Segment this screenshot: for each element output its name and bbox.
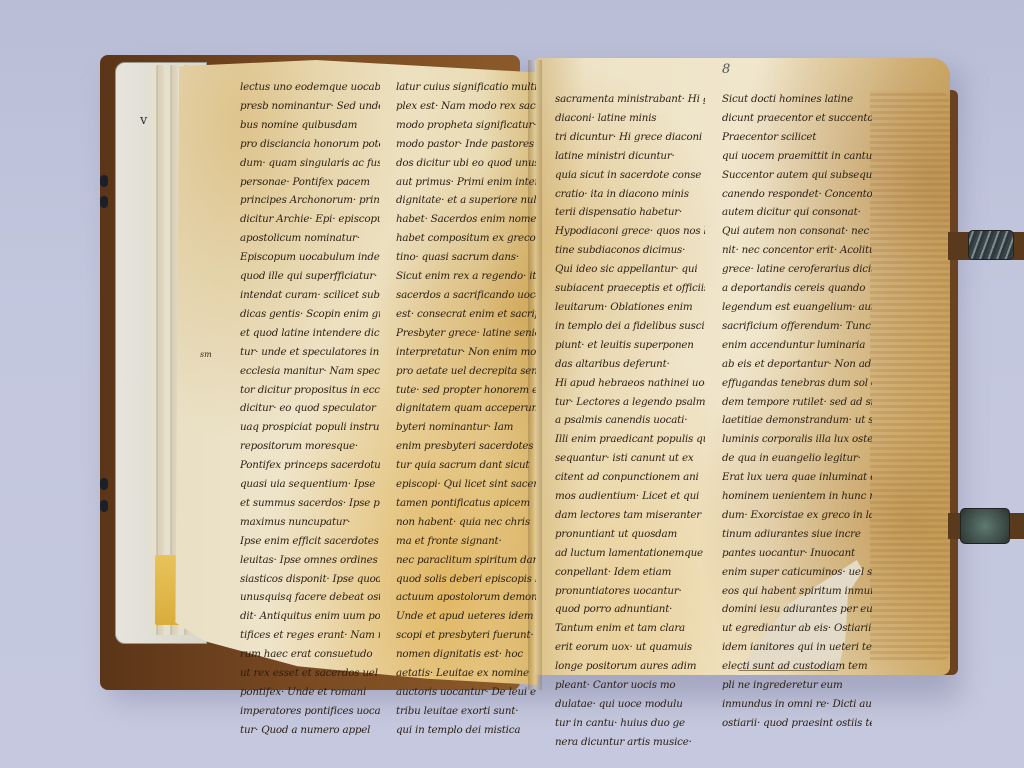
binding-nail xyxy=(100,500,108,512)
manuscript-line: citent ad conpunctionem ani xyxy=(555,468,705,487)
clasp-metal-icon xyxy=(968,230,1014,260)
manuscript-line: canendo respondet· Concentor xyxy=(722,185,872,204)
manuscript-line: erit eorum uox· ut quamuis xyxy=(555,638,705,657)
manuscript-line: idem ianitores qui in ueteri testamento xyxy=(722,638,872,657)
manuscript-line: electi sunt ad custodiam tem xyxy=(722,657,872,676)
manuscript-line: autem dicitur qui consonat· xyxy=(722,203,872,222)
manuscript-line: mos audientium· Licet et qui xyxy=(555,487,705,506)
manuscript-line: tri dicuntur· Hi grece diaconi xyxy=(555,128,705,147)
manuscript-line: Qui ideo sic appellantur· qui xyxy=(555,260,705,279)
manuscript-line: dicitur Archie· Epi· episcopus me xyxy=(240,210,380,229)
manuscript-line: Pontifex princeps sacerdotum xyxy=(240,456,380,475)
manuscript-line: ad luctum lamentationemque xyxy=(555,544,705,563)
manuscript-line: pantes uocantur· Inuocant xyxy=(722,544,872,563)
manuscript-line: domini iesu adiurantes per eum xyxy=(722,600,872,619)
manuscript-line: tur· unde et speculatores in xyxy=(240,343,380,362)
left-page-column-1: lectus uno eodemque uocabulopresb nomina… xyxy=(240,78,380,740)
manuscript-line: tur· Lectores a legendo psalmiste xyxy=(555,393,705,412)
manuscript-line: pronuntiant ut quosdam xyxy=(555,525,705,544)
manuscript-line: tine subdiaconos dicimus· xyxy=(555,241,705,260)
manuscript-line: sacramenta ministrabant· Hi grece xyxy=(555,90,705,109)
manuscript-line: dulatae· qui uoce modulu xyxy=(555,695,705,714)
manuscript-line: laetitiae demonstrandum· ut sub typo xyxy=(722,411,872,430)
manuscript-line: inmundus in omni re· Dicti autem xyxy=(722,695,872,714)
manuscript-line: dignitate· et a superiore nullum xyxy=(396,191,536,210)
manuscript-line: tamen pontificatus apicem xyxy=(396,494,536,513)
manuscript-line: tur quia sacrum dant sicut xyxy=(396,456,536,475)
manuscript-line: ab eis et deportantur· Non ad xyxy=(722,355,872,374)
manuscript-line: quod solis deberi episcopis lectio xyxy=(396,570,536,589)
manuscript-line: quasi uia sequentium· Ipse xyxy=(240,475,380,494)
manuscript-line: terii dispensatio habetur· xyxy=(555,203,705,222)
manuscript-line: apostolicum nominatur· xyxy=(240,229,380,248)
manuscript-line: habet compositum ex greco et la xyxy=(396,229,536,248)
manuscript-line: modo propheta significatur· xyxy=(396,116,536,135)
manuscript-line: ut egrediantur ab eis· Ostiarii xyxy=(722,619,872,638)
manuscript-line: Episcopum uocabulum inde ducitur xyxy=(240,248,380,267)
manuscript-line: Erat lux uera quae inluminat omnem xyxy=(722,468,872,487)
manuscript-line: Ipse enim efficit sacerdotes atq xyxy=(240,532,380,551)
manuscript-line: auctoris uocantur· De leui enim xyxy=(396,683,536,702)
manuscript-line: uaq prospiciat populi instru xyxy=(240,418,380,437)
clasp-metal-icon xyxy=(960,508,1010,544)
manuscript-line: et summus sacerdos· Ipse pontifex xyxy=(240,494,380,513)
manuscript-line: enim accenduntur luminaria xyxy=(722,336,872,355)
water-stain xyxy=(870,90,950,660)
manuscript-line: conpellant· Idem etiam xyxy=(555,563,705,582)
manuscript-line: dicunt praecentor et succentor· xyxy=(722,109,872,128)
manuscript-line: dit· Antiquitus enim uum pon xyxy=(240,607,380,626)
manuscript-line: sequantur· isti canunt ut ex xyxy=(555,449,705,468)
manuscript-line: interpretatur· Non enim modo xyxy=(396,343,536,362)
manuscript-line: principes Archonorum· princeps xyxy=(240,191,380,210)
marginal-note: sm xyxy=(200,350,212,359)
right-page-column-2: Sicut docti homines latinedicunt praecen… xyxy=(722,90,872,733)
manuscript-line: Hi apud hebraeos nathinei uocan xyxy=(555,374,705,393)
manuscript-line: ecclesia manitur· Nam speculu xyxy=(240,362,380,381)
manuscript-line: personae· Pontifex pacem xyxy=(240,173,380,192)
manuscript-line: lectus uno eodemque uocabulo xyxy=(240,78,380,97)
manuscript-line: bus nomine quibusdam xyxy=(240,116,380,135)
manuscript-line: tute· sed propter honorem et xyxy=(396,381,536,400)
manuscript-line: tor dicitur propositus in ecclesia xyxy=(240,381,380,400)
manuscript-line: enim presbyteri sacerdotes uocan xyxy=(396,437,536,456)
binding-nail xyxy=(100,196,108,208)
manuscript-line: effugandas tenebras dum sol eo xyxy=(722,374,872,393)
manuscript-line: de qua in euangelio legitur· xyxy=(722,449,872,468)
manuscript-line: episcopi· Qui licet sint sacerdotes xyxy=(396,475,536,494)
manuscript-line: repositorum moresque· xyxy=(240,437,380,456)
manuscript-line: sacerdos a sacrificando uocatur xyxy=(396,286,536,305)
manuscript-line: qui in templo dei mistica xyxy=(396,721,536,740)
manuscript-line: ut rex esset et sacerdos uel xyxy=(240,664,380,683)
manuscript-line: presb nominantur· Sed unde pri xyxy=(240,97,380,116)
manuscript-line: nit· nec concentor erit· Acolitus xyxy=(722,241,872,260)
manuscript-line: pontifex· Unde et romani xyxy=(240,683,380,702)
manuscript-line: scopi et presbyteri fuerunt· quia illud xyxy=(396,626,536,645)
manuscript-line: tur in cantu· huius duo ge xyxy=(555,714,705,733)
manuscript-line: Hypodiaconi grece· quos nos lu xyxy=(555,222,705,241)
manuscript-line: Qui autem non consonat· nec conci xyxy=(722,222,872,241)
binding-nail xyxy=(100,478,108,490)
manuscript-line: subiacent praeceptis et officiis xyxy=(555,279,705,298)
manuscript-line: luminis corporalis illa lux ostendatur xyxy=(722,430,872,449)
manuscript-line: tifices et reges erant· Nam maio xyxy=(240,626,380,645)
manuscript-line: leuitarum· Oblationes enim xyxy=(555,298,705,317)
manuscript-line: diaconi· latine minis xyxy=(555,109,705,128)
manuscript-line: actuum apostolorum demonstrat· xyxy=(396,588,536,607)
manuscript-line: dum· quam singularis ac fusce xyxy=(240,154,380,173)
manuscript-line: pli ne ingrederetur eum xyxy=(722,676,872,695)
left-page-column-2: latur cuius significatio multiplex est· … xyxy=(396,78,536,740)
manuscript-line: quod porro adnuntiant· xyxy=(555,600,705,619)
manuscript-line: Presbyter grece· latine senior xyxy=(396,324,536,343)
manuscript-line: intendat curam· scilicet sub xyxy=(240,286,380,305)
manuscript-line: Succentor autem qui subsequenter xyxy=(722,166,872,185)
manuscript-line: ma et fronte signant· xyxy=(396,532,536,551)
manuscript-line: dicitur· eo quod speculator xyxy=(240,399,380,418)
manuscript-line: in templo dei a fidelibus susci xyxy=(555,317,705,336)
manuscript-line: nec paraclitum spiritum dant· xyxy=(396,551,536,570)
manuscript-line: dam lectores tam miseranter xyxy=(555,506,705,525)
manuscript-line: a psalmis canendis uocati· xyxy=(555,411,705,430)
binding-nail xyxy=(100,175,108,187)
manuscript-line: byteri nominantur· Iam xyxy=(396,418,536,437)
manuscript-line: Tantum enim et tam clara xyxy=(555,619,705,638)
manuscript-line: quod ille qui superfficiatur· sup xyxy=(240,267,380,286)
manuscript-line: eos qui habent spiritum inmundum· nomen xyxy=(722,582,872,601)
manuscript-line: dem tempore rutilet· sed ad signu xyxy=(722,393,872,412)
manuscript-line: pro disciancia honorum potestatu xyxy=(240,135,380,154)
manuscript-line: nomen dignitatis est· hoc xyxy=(396,645,536,664)
manuscript-line: enim super caticuminos· uel super xyxy=(722,563,872,582)
manuscript-line: cratio· ita in diacono minis xyxy=(555,185,705,204)
manuscript-line: nera dicuntur artis musice· xyxy=(555,733,705,752)
manuscript-line: tribu leuitae exorti sunt· xyxy=(396,702,536,721)
manuscript-line: legendum est euangelium· aut xyxy=(722,298,872,317)
manuscript-line: piunt· et leuitis superponen xyxy=(555,336,705,355)
manuscript-line: sacrificium offerendum· Tunc xyxy=(722,317,872,336)
manuscript-line: habet· Sacerdos enim nomen xyxy=(396,210,536,229)
manuscript-line: tur· Quod a numero appel xyxy=(240,721,380,740)
manuscript-line: siasticos disponit· Ipse quod xyxy=(240,570,380,589)
clasp-upper xyxy=(948,228,1024,262)
folio-number: 8 xyxy=(722,62,730,77)
manuscript-line: tinum adiurantes siue incre xyxy=(722,525,872,544)
manuscript-line: latine ministri dicuntur· xyxy=(555,147,705,166)
manuscript-line: Sicut docti homines latine xyxy=(722,90,872,109)
manuscript-line: imperatores pontifices uocabun xyxy=(240,702,380,721)
manuscript-line: a deportandis cereis quando xyxy=(722,279,872,298)
manuscript-line: est· consecrat enim et sacrificat· xyxy=(396,305,536,324)
manuscript-line: et quod latine intendere dici xyxy=(240,324,380,343)
manuscript-line: plex est· Nam modo rex sacerdos xyxy=(396,97,536,116)
manuscript-line: latur cuius significatio multi xyxy=(396,78,536,97)
manuscript-line: grece· latine ceroferarius dicitur xyxy=(722,260,872,279)
manuscript-line: Praecentor scilicet xyxy=(722,128,872,147)
manuscript-line: unusquisq facere debeat ostendi xyxy=(240,588,380,607)
manuscript-line: qui uocem praemittit in cantu· xyxy=(722,147,872,166)
right-page-column-1: sacramenta ministrabant· Hi grecediaconi… xyxy=(555,90,705,752)
clasp-lower xyxy=(948,505,1024,545)
flyleaf-pencil-mark: v xyxy=(140,113,147,128)
manuscript-line: dignitatem quam acceperunt· pres xyxy=(396,399,536,418)
manuscript-line: dum· Exorcistae ex greco in la xyxy=(722,506,872,525)
manuscript-line: longe positorum aures adim xyxy=(555,657,705,676)
manuscript-line: Unde et apud ueteres idem epi xyxy=(396,607,536,626)
manuscript-line: dicas gentis· Scopin enim grece xyxy=(240,305,380,324)
manuscript-line: pleant· Cantor uocis mo xyxy=(555,676,705,695)
manuscript-line: rum haec erat consuetudo xyxy=(240,645,380,664)
manuscript-line: modo pastor· Inde pastores xyxy=(396,135,536,154)
manuscript-line: tino· quasi sacrum dans· xyxy=(396,248,536,267)
manuscript-line: das altaribus deferunt· xyxy=(555,355,705,374)
manuscript-line: Sicut enim rex a regendo· ita xyxy=(396,267,536,286)
manuscript-line: pronuntiatores uocantur· xyxy=(555,582,705,601)
manuscript-line: dos dicitur ubi eo quod unus xyxy=(396,154,536,173)
manuscript-line: leuitas· Ipse omnes ordines eccle xyxy=(240,551,380,570)
manuscript-line: aut primus· Primi enim inter xyxy=(396,173,536,192)
manuscript-line: hominem uenientem in hunc mun xyxy=(722,487,872,506)
manuscript-line: non habent· quia nec chris xyxy=(396,513,536,532)
manuscript-line: ostiarii· quod praesint ostiis templi· xyxy=(722,714,872,733)
manuscript-line: maximus nuncupatur· xyxy=(240,513,380,532)
manuscript-line: aetatis· Leuitae ex nomine xyxy=(396,664,536,683)
manuscript-line: Illi enim praedicant populis quid xyxy=(555,430,705,449)
manuscript-line: pro aetate uel decrepita senec xyxy=(396,362,536,381)
manuscript-line: quia sicut in sacerdote conse xyxy=(555,166,705,185)
